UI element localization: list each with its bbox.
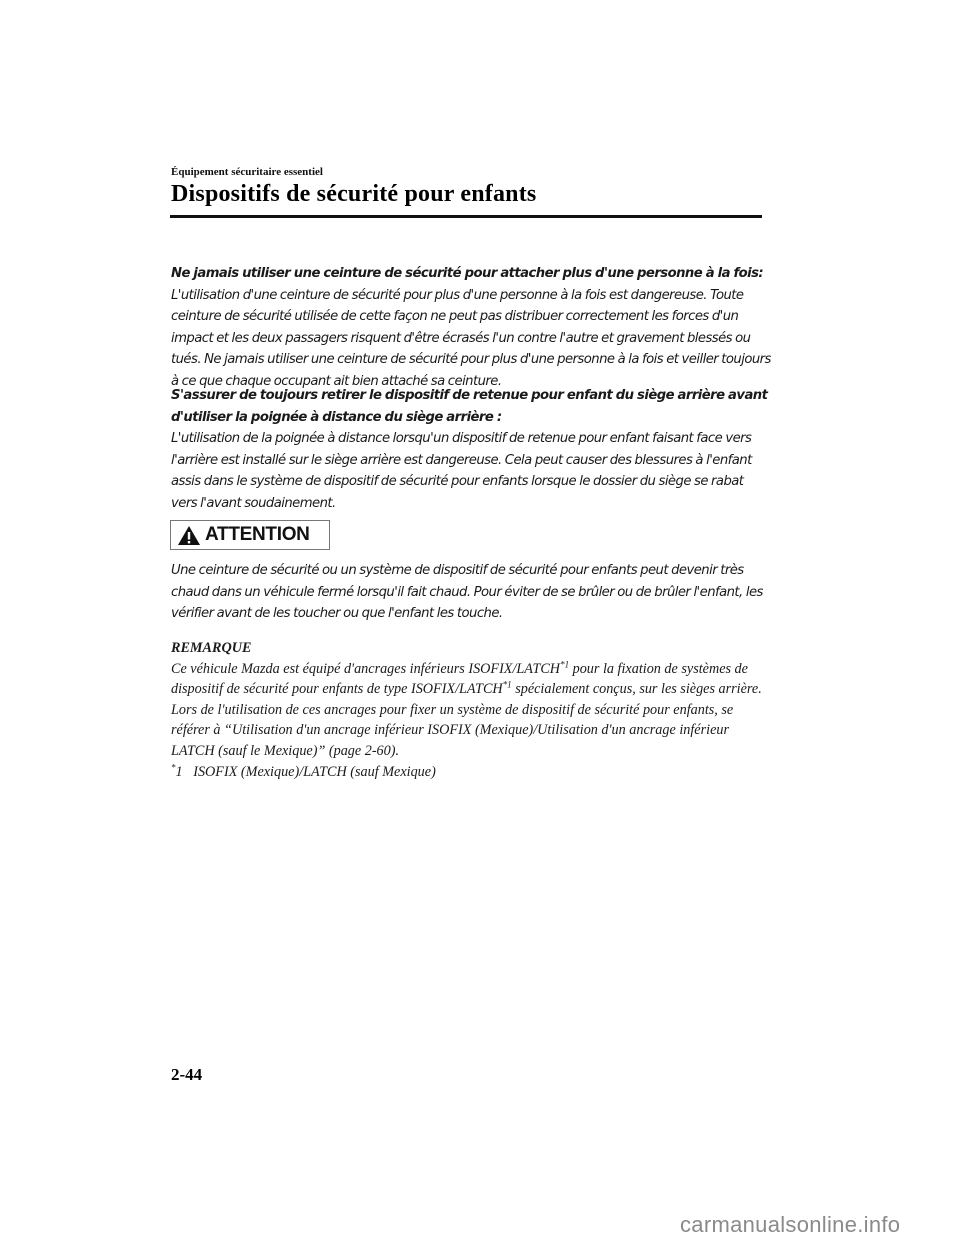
note-text-part: Ce véhicule Mazda est équipé d'ancrages … — [171, 661, 560, 677]
note-heading: REMARQUE — [171, 638, 771, 659]
footnote-text: 1 ISOFIX (Mexique)/LATCH (sauf Mexique) — [176, 764, 436, 780]
note-text: Ce véhicule Mazda est équipé d'ancrages … — [171, 661, 762, 759]
page-number: 2-44 — [171, 1065, 202, 1085]
warning-triangle-icon — [177, 525, 201, 546]
warning-body: L'utilisation d'une ceinture de sécurité… — [171, 285, 771, 393]
attention-label-box: ATTENTION — [170, 520, 330, 550]
page-title: Dispositifs de sécurité pour enfants — [171, 181, 536, 208]
footnote: *1 ISOFIX (Mexique)/LATCH (sauf Mexique) — [171, 762, 771, 783]
warning-heading: Ne jamais utiliser une ceinture de sécur… — [171, 263, 771, 285]
note-block: REMARQUE Ce véhicule Mazda est équipé d'… — [171, 638, 771, 782]
warning-body: L'utilisation de la poignée à distance l… — [171, 428, 771, 514]
warning-seatbelt-one-person: Ne jamais utiliser une ceinture de sécur… — [171, 263, 771, 392]
warning-heading: S'assurer de toujours retirer le disposi… — [171, 385, 771, 428]
attention-body: Une ceinture de sécurité ou un système d… — [171, 560, 771, 625]
watermark: carmanualsonline.info — [680, 1212, 900, 1238]
attention-text: Une ceinture de sécurité ou un système d… — [171, 560, 771, 625]
footnote-ref: *1 — [560, 659, 569, 669]
attention-label: ATTENTION — [205, 524, 310, 546]
section-label: Équipement sécuritaire essentiel — [171, 166, 323, 178]
footnote-ref: *1 — [503, 679, 512, 689]
warning-remove-child-restraint: S'assurer de toujours retirer le disposi… — [171, 385, 771, 514]
title-rule — [170, 215, 762, 218]
